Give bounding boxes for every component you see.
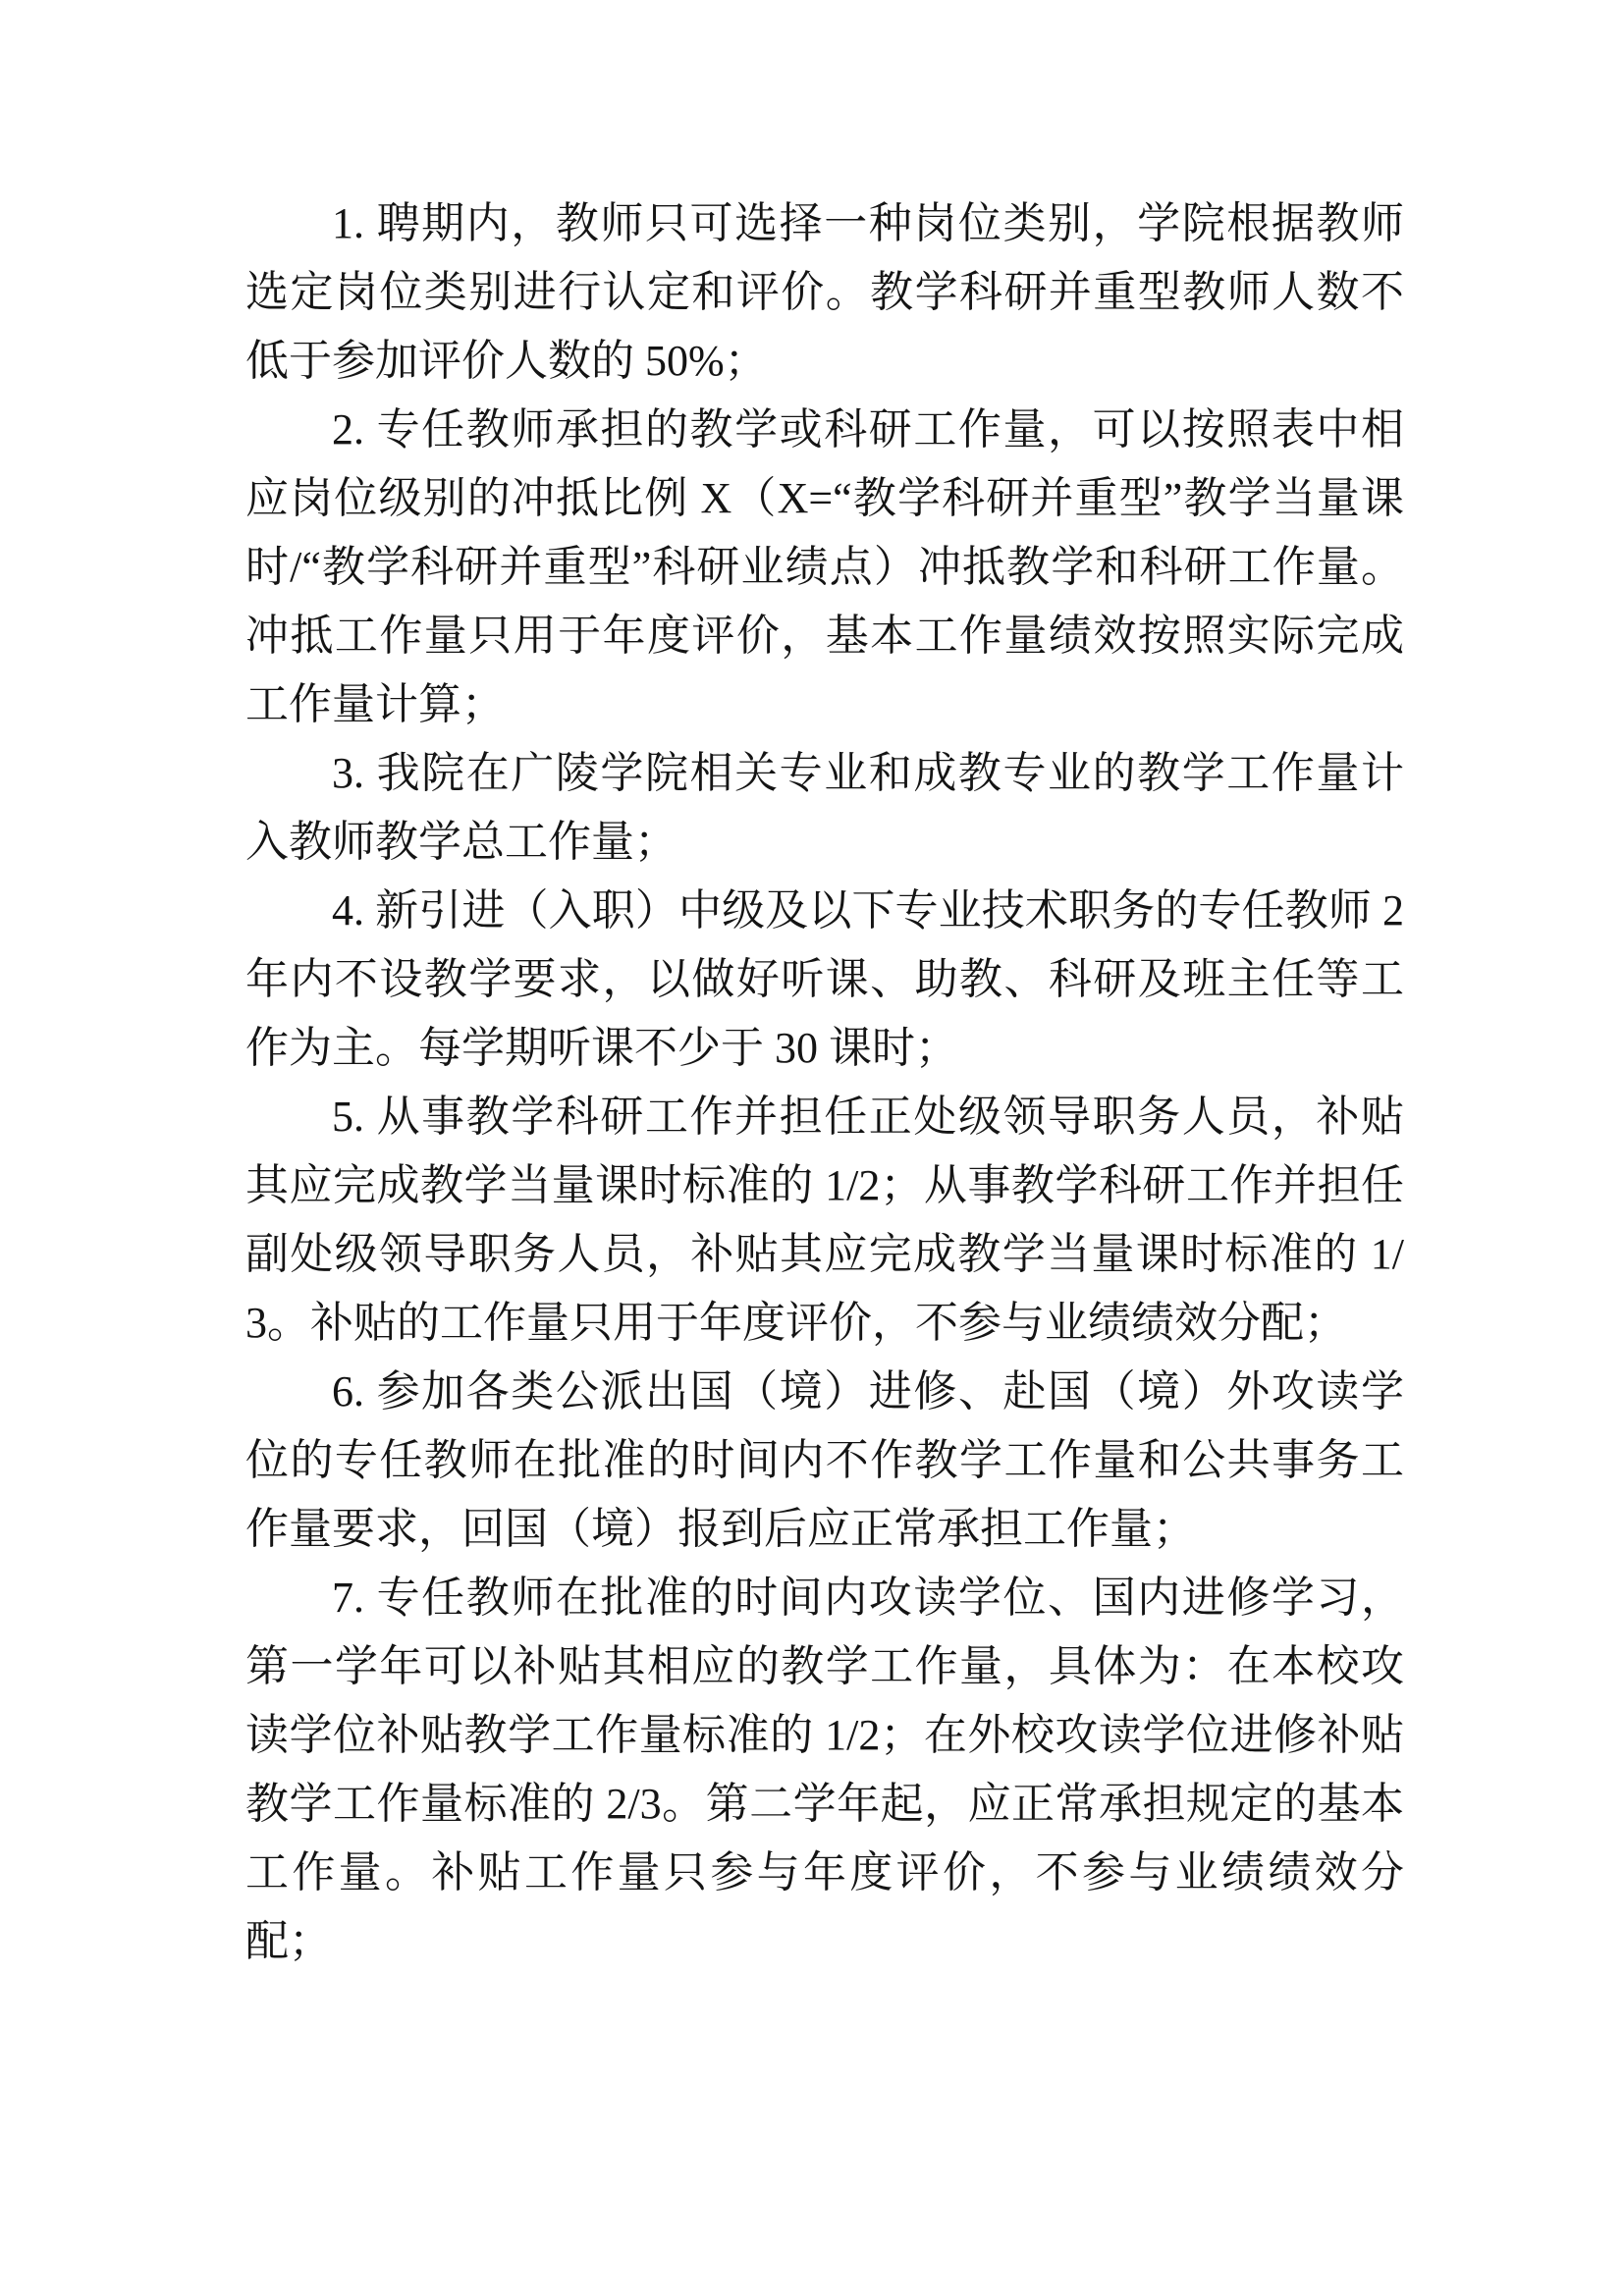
paragraph-4: 4. 新引进（入职）中级及以下专业技术职务的专任教师 2 年内不设教学要求，以做… bbox=[245, 877, 1404, 1083]
paragraph-7: 7. 专任教师在批准的时间内攻读学位、国内进修学习，第一学年可以补贴其相应的教学… bbox=[245, 1564, 1404, 1976]
paragraph-3: 3. 我院在广陵学院相关专业和成教专业的教学工作量计入教师教学总工作量； bbox=[245, 739, 1404, 877]
document-page: 1. 聘期内，教师只可选择一种岗位类别，学院根据教师选定岗位类别进行认定和评价。… bbox=[0, 0, 1624, 2296]
paragraph-6: 6. 参加各类公派出国（境）进修、赴国（境）外攻读学位的专任教师在批准的时间内不… bbox=[245, 1358, 1404, 1564]
paragraph-5: 5. 从事教学科研工作并担任正处级领导职务人员，补贴其应完成教学当量课时标准的 … bbox=[245, 1083, 1404, 1358]
paragraph-1: 1. 聘期内，教师只可选择一种岗位类别，学院根据教师选定岗位类别进行认定和评价。… bbox=[245, 189, 1404, 396]
paragraph-2: 2. 专任教师承担的教学或科研工作量，可以按照表中相应岗位级别的冲抵比例 X（X… bbox=[245, 396, 1404, 739]
document-text-block: 1. 聘期内，教师只可选择一种岗位类别，学院根据教师选定岗位类别进行认定和评价。… bbox=[245, 189, 1404, 1976]
